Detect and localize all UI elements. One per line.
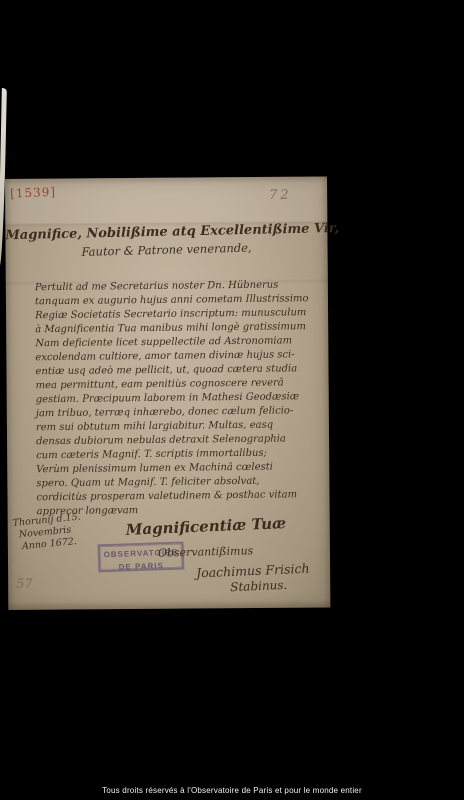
manuscript-paper: [1539] 72 Magnifice, Nobilißime atq Exce…: [5, 176, 330, 610]
letter-salutation: Magnifice, Nobilißime atq Excellentißime…: [5, 223, 327, 258]
signature-surname: Stabinus.: [230, 578, 288, 594]
copyright-caption: Tous droits réservés à l'Observatoire de…: [0, 786, 464, 795]
scanned-letter-photo: [1539] 72 Magnifice, Nobilißime atq Exce…: [0, 0, 464, 800]
pencil-number-annotation: 57: [16, 577, 33, 592]
inventory-number-annotation: [1539]: [10, 185, 56, 201]
folio-number-annotation: 72: [269, 188, 292, 203]
letter-body: Pertulit ad me Secretarius noster Dn. Hü…: [35, 278, 331, 518]
valediction: Observantißimus: [158, 544, 254, 559]
dateline: Thorunij d.15. Novembris Anno 1672.: [12, 512, 83, 554]
signature-name: Joachimus Frisich: [196, 561, 310, 581]
